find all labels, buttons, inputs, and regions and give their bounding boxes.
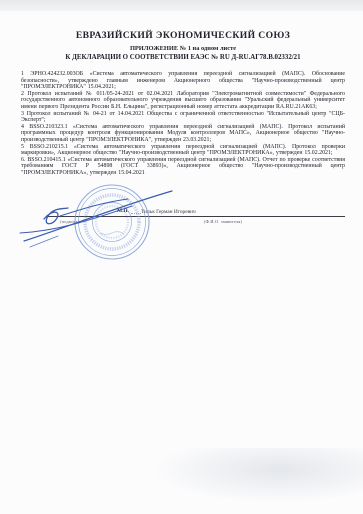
document-header: ЕВРАЗИЙСКИЙ ЭКОНОМИЧЕСКИЙ СОЮЗ ПРИЛОЖЕНИ… <box>21 30 345 62</box>
header-union-title: ЕВРАЗИЙСКИЙ ЭКОНОМИЧЕСКИЙ СОЮЗ <box>21 30 345 41</box>
caption-applicant-name: (Ф.И.О. заявителя) <box>198 219 248 224</box>
signatory-name: Тильк Герман Игоревич <box>141 209 196 215</box>
scan-edge-band <box>0 0 363 11</box>
evidence-list: 1 ЭРНО.424232.003ОБ «Система автоматичес… <box>21 71 345 177</box>
signature-rule-line <box>46 216 345 217</box>
scanned-document: { "page": { "header": { "union": "ЕВРАЗИ… <box>0 0 363 514</box>
evidence-item-2: 2 Протокол испытаний № 011/05-24-2021 от… <box>21 91 345 111</box>
evidence-item-6: 6. BSSO.210415.1 «Система автоматическог… <box>21 157 345 177</box>
evidence-item-5: 5 BSSO.210215.1 «Система автоматического… <box>21 144 345 157</box>
page-background: ЕВРАЗИЙСКИЙ ЭКОНОМИЧЕСКИЙ СОЮЗ ПРИЛОЖЕНИ… <box>0 0 363 514</box>
header-annex-line: ПРИЛОЖЕНИЕ № 1 на одном листе <box>21 45 345 53</box>
scan-artifact-smudge <box>150 448 363 503</box>
document-content: ЕВРАЗИЙСКИЙ ЭКОНОМИЧЕСКИЙ СОЮЗ ПРИЛОЖЕНИ… <box>21 30 345 177</box>
dotted-leader <box>131 213 141 214</box>
caption-signature: (подпись) <box>50 219 90 224</box>
seal-placeholder-label: М.П. <box>117 208 129 214</box>
header-declaration-number: К ДЕКЛАРАЦИИ О СООТВЕТСТВИИ ЕАЭС № RU Д-… <box>21 54 345 62</box>
signature-block: М.П. Тильк Герман Игоревич (подпись) (Ф.… <box>0 185 363 255</box>
evidence-item-4: 4 BSSO.210323.1 «Система автоматического… <box>21 124 345 144</box>
evidence-item-1: 1 ЭРНО.424232.003ОБ «Система автоматичес… <box>21 71 345 91</box>
evidence-item-3: 3 Протокол испытаний № 04-21 от 14.04.20… <box>21 111 345 124</box>
